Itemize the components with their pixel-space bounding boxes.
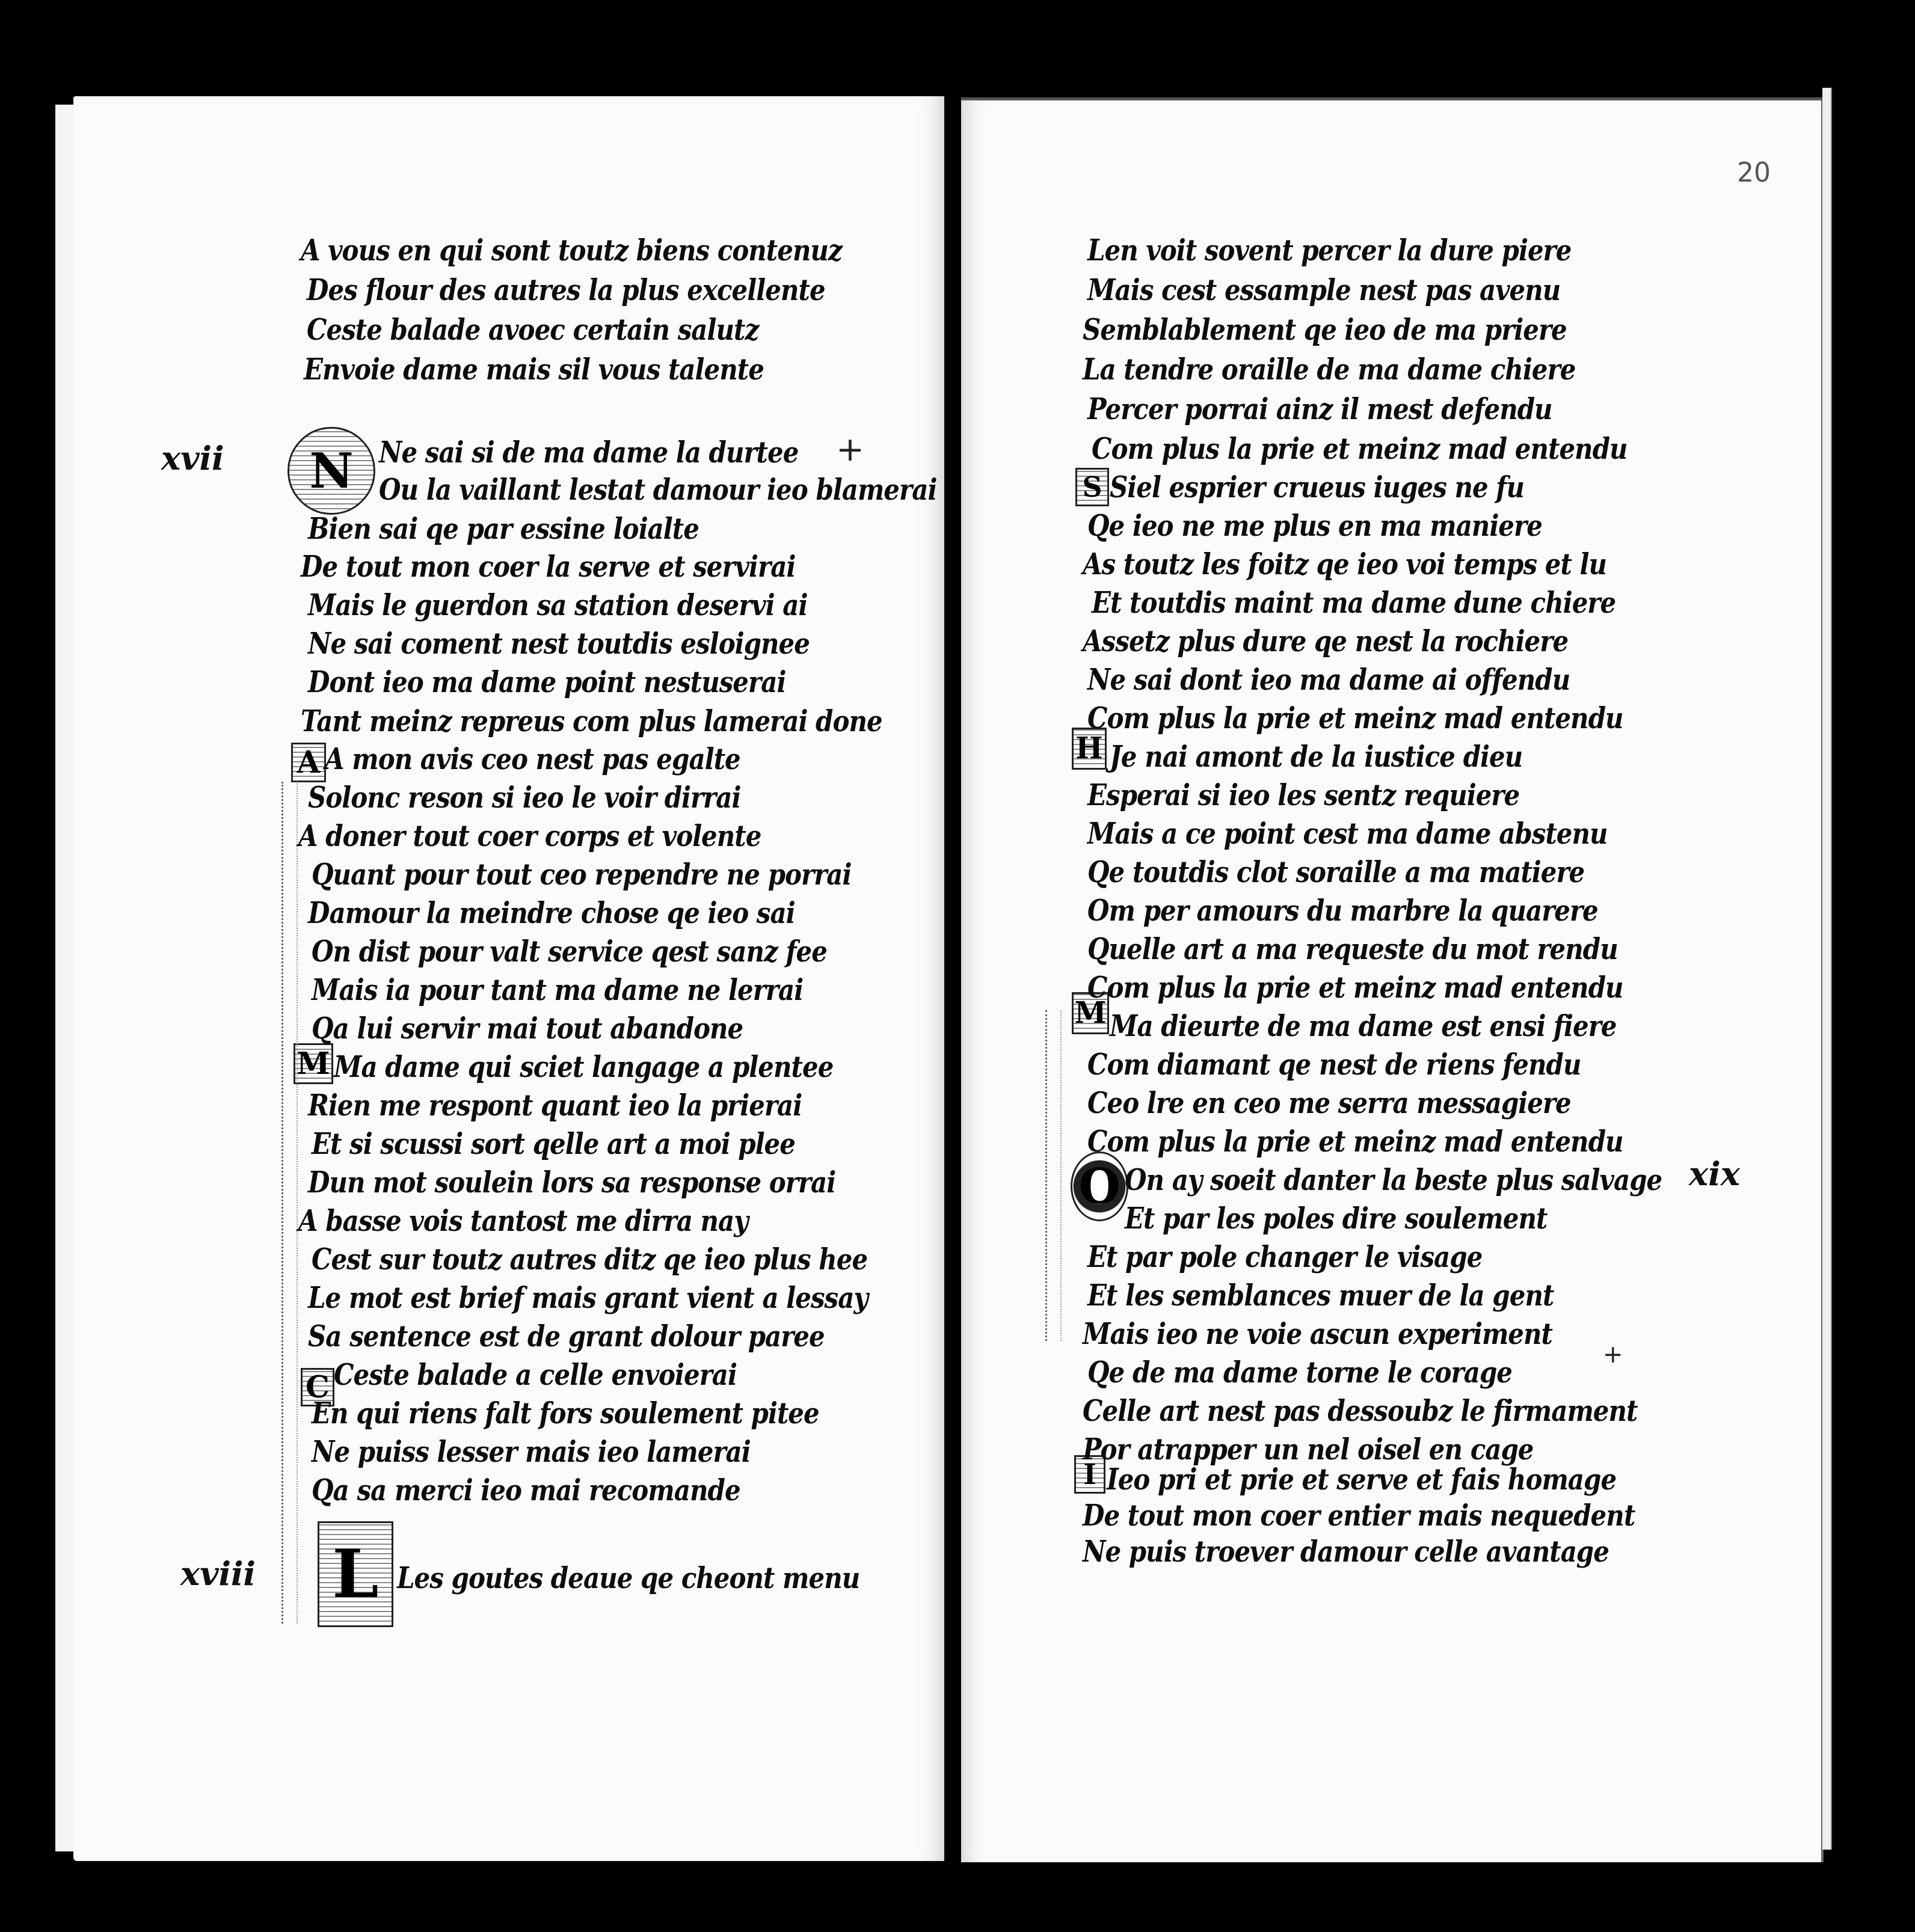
verse-line: Rien me respont quant ieo la prierai bbox=[308, 1088, 802, 1122]
verse-line: De tout mon coer la serve et servirai bbox=[301, 550, 795, 583]
book-gutter bbox=[944, 96, 961, 1864]
folio-number: 20 bbox=[1737, 158, 1771, 188]
verse-line: Et par les poles dire soulement bbox=[1125, 1201, 1547, 1235]
verse-line: Et si scussi sort qelle art a moi plee bbox=[312, 1127, 795, 1161]
verse-line: Mais ieo ne voie ascun experiment bbox=[1083, 1317, 1552, 1351]
verse-line: A mon avis ceo nest pas egalte bbox=[325, 742, 740, 776]
verse-line: Com plus la prie et meinz mad entendu bbox=[1092, 432, 1628, 465]
verse-line: Dont ieo ma dame point nestuserai bbox=[308, 665, 785, 699]
verse-line: Len voit sovent percer la dure piere bbox=[1087, 233, 1571, 267]
verse-line: Ne puiss lesser mais ieo lamerai bbox=[312, 1435, 751, 1468]
margin-cross-mark: + bbox=[836, 430, 864, 469]
verse-line: Ma dieurte de ma dame est ensi fiere bbox=[1110, 1009, 1617, 1043]
verse-line: Ne puis troever damour celle avantage bbox=[1083, 1535, 1609, 1568]
verse-line: A doner tout coer corps et volente bbox=[298, 819, 761, 853]
verse-line: Esperai si ieo les sentz requiere bbox=[1087, 778, 1519, 812]
verse-line: Semblablement qe ieo de ma priere bbox=[1083, 313, 1567, 346]
verse-line: Quelle art a ma requeste du mot rendu bbox=[1087, 932, 1618, 966]
left-page-edge bbox=[55, 105, 76, 1851]
verse-line: Des flour des autres la plus excellente bbox=[307, 273, 825, 307]
verse-line: Ou la vaillant lestat damour ieo blamera… bbox=[379, 473, 936, 506]
decorated-initial-l: L bbox=[318, 1521, 393, 1627]
decorated-initial-s: S bbox=[1075, 468, 1109, 506]
verse-line: As toutz les foitz qe ieo voi temps et l… bbox=[1083, 547, 1606, 581]
decorated-initial-n: N bbox=[287, 427, 375, 515]
verse-line: Ceo lre en ceo me serra messagiere bbox=[1087, 1086, 1571, 1120]
verse-line: De tout mon coer entier mais nequedent bbox=[1083, 1498, 1635, 1532]
verse-line: Ne sai dont ieo ma dame ai offendu bbox=[1087, 663, 1570, 696]
margin-flourish bbox=[281, 782, 298, 1624]
verse-line: Les goutes deaue qe cheont menu bbox=[397, 1561, 859, 1595]
verse-line: Solonc reson si ieo le voir dirrai bbox=[308, 780, 740, 814]
manuscript-spread: 20 xvii xviii xix + + N A M C L S H M O … bbox=[0, 0, 1915, 1932]
verse-line: En qui riens falt fors soulement pitee bbox=[312, 1396, 819, 1430]
verse-line: Mais ia pour tant ma dame ne lerrai bbox=[312, 973, 803, 1007]
verse-line: Damour la meindre chose qe ieo sai bbox=[308, 896, 795, 930]
decorated-initial-m: M bbox=[294, 1043, 333, 1084]
verse-line: Ma dame qui sciet langage a plentee bbox=[334, 1050, 833, 1084]
verse-line: Je nai amont de la iustice dieu bbox=[1110, 740, 1522, 773]
verse-line: Bien sai qe par essine loialte bbox=[308, 512, 699, 545]
verse-line: Mais le guerdon sa station deservi ai bbox=[308, 588, 808, 622]
verse-line: Quant pour tout ceo rependre ne porrai bbox=[312, 857, 851, 891]
verse-line: Et toutdis maint ma dame dune chiere bbox=[1092, 586, 1615, 619]
verse-line: On ay soeit danter la beste plus salvage bbox=[1125, 1163, 1662, 1197]
verse-line: A basse vois tantost me dirra nay bbox=[298, 1204, 748, 1237]
verse-line: Cest sur toutz autres ditz qe ieo plus h… bbox=[312, 1242, 867, 1276]
verse-line: Sa sentence est de grant dolour paree bbox=[308, 1319, 825, 1353]
verse-line: Ceste balade a celle envoierai bbox=[334, 1358, 737, 1391]
right-page-edge bbox=[1822, 88, 1832, 1850]
verse-line: Le mot est brief mais grant vient a less… bbox=[308, 1281, 868, 1314]
marginal-number-xvii: xvii bbox=[161, 439, 224, 477]
verse-line: Dun mot soulein lors sa response orrai bbox=[308, 1165, 835, 1199]
marginal-number-xix: xix bbox=[1689, 1155, 1740, 1193]
verse-line: Tant meinz repreus com plus lamerai done bbox=[301, 704, 882, 738]
verse-line: Com plus la prie et meinz mad entendu bbox=[1087, 971, 1623, 1004]
verse-line: Siel esprier crueus iuges ne fu bbox=[1110, 470, 1524, 504]
verse-line: Com plus la prie et meinz mad entendu bbox=[1087, 701, 1623, 735]
verse-line: Et les semblances muer de la gent bbox=[1087, 1278, 1554, 1312]
verse-line: Qe ieo ne me plus en ma maniere bbox=[1087, 509, 1542, 542]
verse-line: Ne sai coment nest toutdis esloignee bbox=[308, 627, 810, 660]
verse-line: Celle art nest pas dessoubz le firmament bbox=[1083, 1394, 1638, 1428]
verse-line: A vous en qui sont toutz biens contenuz bbox=[301, 233, 842, 267]
verse-line: Assetz plus dure qe nest la rochiere bbox=[1083, 624, 1568, 658]
verse-line: Et par pole changer le visage bbox=[1087, 1240, 1482, 1274]
verse-line: On dist pour valt service qest sanz fee bbox=[312, 934, 827, 968]
verse-line: Por atrapper un nel oisel en cage bbox=[1083, 1432, 1534, 1466]
decorated-initial-o: O bbox=[1071, 1152, 1128, 1221]
verse-line: Ne sai si de ma dame la durtee bbox=[379, 435, 798, 469]
verse-line: Qe de ma dame torne le corage bbox=[1087, 1355, 1512, 1389]
verse-line: Percer porrai ainz il mest defendu bbox=[1087, 392, 1552, 426]
verse-line: Com diamant qe nest de riens fendu bbox=[1087, 1047, 1581, 1081]
verse-line: Om per amours du marbre la quarere bbox=[1087, 894, 1598, 927]
marginal-number-xviii: xviii bbox=[180, 1554, 256, 1593]
verse-line: Mais a ce point cest ma dame abstenu bbox=[1087, 817, 1608, 850]
verse-line: Ceste balade avoec certain salutz bbox=[307, 313, 758, 346]
verse-line: Qa lui servir mai tout abandone bbox=[312, 1011, 743, 1045]
margin-cross-mark: + bbox=[1603, 1341, 1623, 1369]
verse-line: Qe toutdis clot soraille a ma matiere bbox=[1087, 855, 1584, 889]
verse-line: Com plus la prie et meinz mad entendu bbox=[1087, 1124, 1623, 1158]
margin-flourish bbox=[1045, 1010, 1062, 1341]
verse-line: La tendre oraille de ma dame chiere bbox=[1083, 352, 1575, 386]
verse-line: Qa sa merci ieo mai recomande bbox=[312, 1473, 740, 1507]
decorated-initial-a: A bbox=[291, 743, 326, 782]
verse-line: Envoie dame mais sil vous talente bbox=[304, 352, 764, 386]
verse-line: Ieo pri et prie et serve et fais homage bbox=[1107, 1462, 1616, 1496]
verse-line: Mais cest essample nest pas avenu bbox=[1087, 273, 1560, 307]
